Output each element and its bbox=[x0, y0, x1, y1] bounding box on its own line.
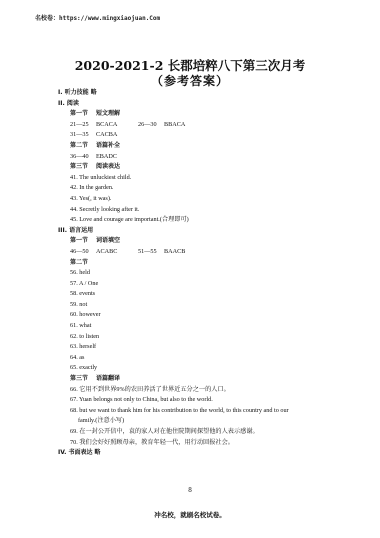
answer-item: 66. 它用不到世界9%的农田养活了世界近五分之一的人口。 bbox=[58, 385, 358, 396]
source-note: 名校卷：https://www.mingxiaojuan.Com bbox=[35, 13, 160, 22]
answer-item: 43. Yes(, it was). bbox=[58, 194, 358, 205]
answer-item: 60. however bbox=[58, 310, 358, 321]
answer-value: BCACA bbox=[96, 120, 138, 131]
answer-row: 31—35CACBA bbox=[58, 130, 358, 141]
answer-item: 63. herself bbox=[58, 342, 358, 353]
answer-item: 59. not bbox=[58, 300, 358, 311]
answer-content: I. 听力技能 略 II. 阅读 第一节短文理解 21—25BCACA26—30… bbox=[58, 88, 358, 459]
part-label: 第三节 bbox=[70, 375, 88, 382]
section-reading: II. 阅读 bbox=[58, 99, 358, 110]
reading-part2-heading: 第二节语篇补全 bbox=[58, 141, 358, 152]
page-number: 8 bbox=[0, 487, 380, 494]
answer-value: CACBA bbox=[96, 130, 138, 141]
answer-row: 21—25BCACA26—30BBACA bbox=[58, 120, 358, 131]
part-label: 第一节 bbox=[70, 237, 88, 244]
answer-range: 51—55 bbox=[138, 247, 164, 258]
part-name: 阅读表达 bbox=[96, 163, 120, 170]
answer-item: 42. In the garden. bbox=[58, 183, 358, 194]
answer-range: 46—50 bbox=[70, 247, 96, 258]
part-label: 第二节 bbox=[70, 142, 88, 149]
answer-item: 57. A / One bbox=[58, 279, 358, 290]
answer-value: BBACA bbox=[164, 121, 185, 128]
reading-part1-heading: 第一节短文理解 bbox=[58, 109, 358, 120]
answer-value: BAACB bbox=[164, 248, 185, 255]
answer-item: 61. what bbox=[58, 321, 358, 332]
answer-value: ACABC bbox=[96, 247, 138, 258]
answer-item: 45. Love and courage are important.(合理即可… bbox=[58, 215, 358, 226]
answer-row: 36—40EBADC bbox=[58, 152, 358, 163]
answer-item: 58. events bbox=[58, 289, 358, 300]
answer-range: 26—30 bbox=[138, 120, 164, 131]
section-listening: I. 听力技能 略 bbox=[58, 88, 358, 99]
language-part3-heading: 第三节语篇翻译 bbox=[58, 374, 358, 385]
part-name: 语篇翻译 bbox=[96, 375, 120, 382]
answer-item-continuation: family.(注意小写) bbox=[58, 416, 358, 427]
answer-item: 62. to listen bbox=[58, 332, 358, 343]
part-label: 第二节 bbox=[70, 259, 88, 266]
answer-item: 56. held bbox=[58, 268, 358, 279]
answer-range: 36—40 bbox=[70, 152, 96, 163]
answer-item: 70. 我们会好好照顾母亲，教育年轻一代，用行动回报社会。 bbox=[58, 438, 358, 449]
answer-item: 68. but we want to thank him for his con… bbox=[58, 406, 358, 417]
answer-range: 31—35 bbox=[70, 130, 96, 141]
section-writing: IV. 书面表达 略 bbox=[58, 448, 358, 459]
answer-item: 64. as bbox=[58, 353, 358, 364]
part-name: 语篇补全 bbox=[96, 142, 120, 149]
language-part2-heading: 第二节 bbox=[58, 258, 358, 269]
part-name: 词语填空 bbox=[96, 237, 120, 244]
answer-item: 44. Secretly looking after it. bbox=[58, 205, 358, 216]
footer-slogan: 冲名校，就刷名校试卷。 bbox=[0, 510, 380, 519]
answer-row: 46—50ACABC51—55BAACB bbox=[58, 247, 358, 258]
section-language-use: III. 语言运用 bbox=[58, 226, 358, 237]
answer-item: 69. 在一封公开信中，袁的家人对在他住院期间探望他的人表示感谢。 bbox=[58, 427, 358, 438]
part-label: 第一节 bbox=[70, 110, 88, 117]
answer-range: 21—25 bbox=[70, 120, 96, 131]
page-subtitle: （参考答案） bbox=[0, 72, 380, 89]
part-label: 第三节 bbox=[70, 163, 88, 170]
language-part1-heading: 第一节词语填空 bbox=[58, 236, 358, 247]
answer-value: EBADC bbox=[96, 152, 138, 163]
answer-item: 41. The unluckiest child. bbox=[58, 173, 358, 184]
answer-item: 67. Yuan belongs not only to China, but … bbox=[58, 395, 358, 406]
part-name: 短文理解 bbox=[96, 110, 120, 117]
reading-part3-heading: 第三节阅读表达 bbox=[58, 162, 358, 173]
answer-item: 65. exactly bbox=[58, 363, 358, 374]
